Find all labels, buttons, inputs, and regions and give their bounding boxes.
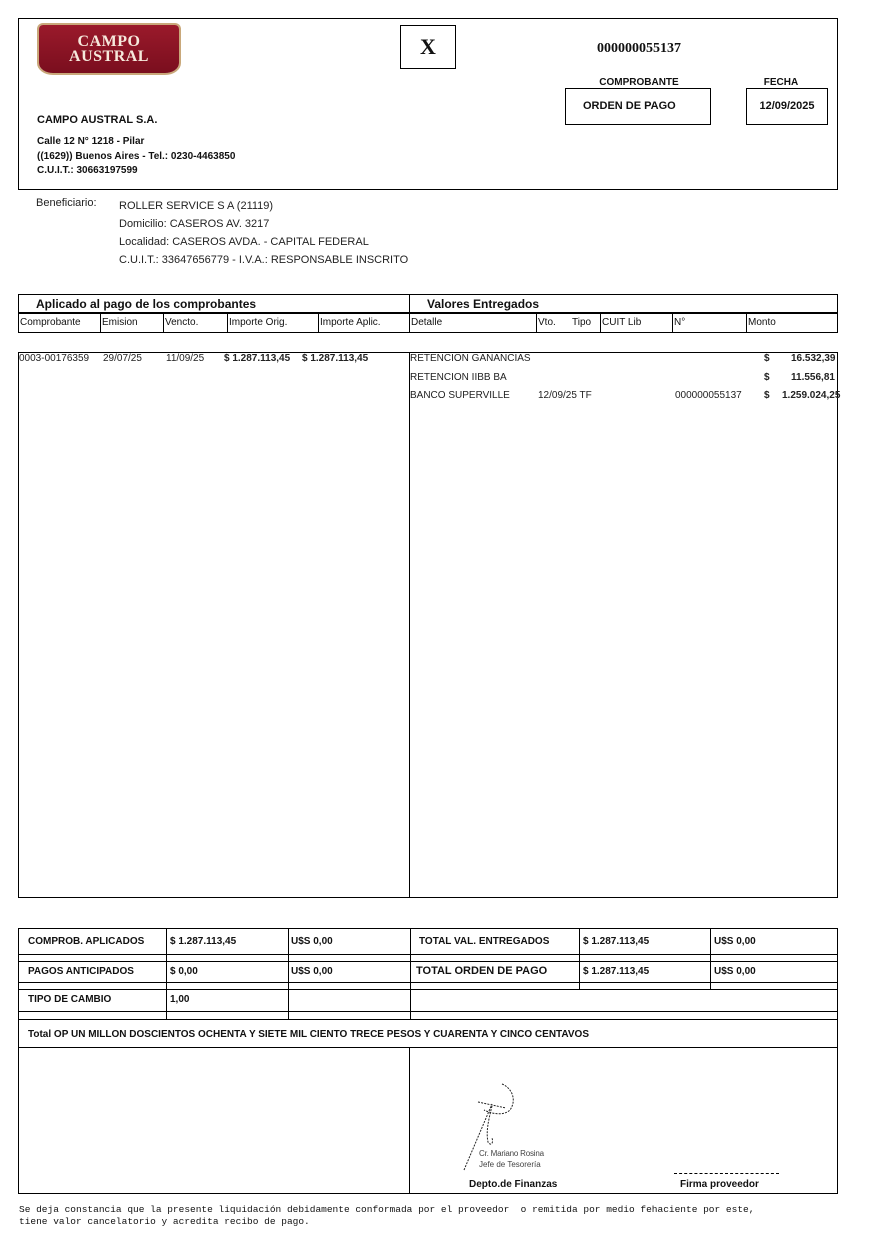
signature-area-left: [18, 1047, 410, 1194]
company-address: Calle 12 N° 1218 - Pilar: [37, 135, 235, 150]
total-val-entregados-label: TOTAL VAL. ENTREGADOS: [419, 936, 549, 947]
comprob-aplicados-label: COMPROB. APLICADOS: [28, 936, 144, 947]
divider: [710, 929, 711, 989]
logo-line2: AUSTRAL: [39, 49, 179, 64]
row-vto-tipo: 12/09/25 TF: [538, 390, 592, 401]
divider: [19, 954, 837, 955]
pagos-anticipados-ars: $ 0,00: [170, 966, 198, 977]
beneficiary-details: ROLLER SERVICE S A (21119) Domicilio: CA…: [119, 197, 408, 269]
row-detalle: RETENCION IIBB BA: [410, 372, 507, 383]
tipo-cambio-value: 1,00: [170, 994, 189, 1005]
row-detalle: RETENCION GANANCIAS: [410, 353, 531, 364]
row-currency: $: [764, 353, 770, 364]
signature-line: [674, 1173, 779, 1174]
row-vencto: 11/09/25: [166, 353, 204, 364]
applied-rows-panel: 0003-00176359 29/07/25 11/09/25 $ 1.287.…: [18, 352, 410, 898]
row-emision: 29/07/25: [103, 353, 142, 364]
comprobante-value: ORDEN DE PAGO: [565, 88, 711, 125]
invoice-letter-box: X: [400, 25, 456, 69]
values-rows-panel: RETENCION GANANCIAS $ 16.532,39 RETENCIO…: [409, 352, 838, 898]
total-orden-ars: $ 1.287.113,45: [583, 966, 649, 977]
col-vencto: Vencto.: [164, 314, 228, 332]
row-monto: 1.259.024,25: [782, 390, 840, 401]
row-currency: $: [764, 390, 770, 401]
row-comprobante: 0003-00176359: [19, 353, 89, 364]
beneficiary-name: ROLLER SERVICE S A (21119): [119, 197, 408, 215]
tipo-cambio-label: TIPO DE CAMBIO: [28, 994, 111, 1005]
comprobante-label: COMPROBANTE: [579, 77, 699, 88]
comprob-aplicados-ars: $ 1.287.113,45: [170, 936, 236, 947]
company-logo: CAMPO AUSTRAL: [39, 25, 179, 73]
row-detalle: BANCO SUPERVILLE: [410, 390, 510, 401]
col-detalle: Detalle: [410, 314, 537, 332]
row-monto: 16.532,39: [791, 353, 836, 364]
logo-line1: CAMPO: [39, 34, 179, 49]
depto-finanzas-label: Depto.de Finanzas: [469, 1179, 557, 1190]
applied-section-title: Aplicado al pago de los comprobantes: [18, 294, 410, 313]
divider: [410, 929, 411, 1020]
divider: [579, 929, 580, 989]
fecha-label: FECHA: [746, 77, 816, 88]
col-tipo: Tipo: [571, 314, 601, 332]
beneficiary-domicilio: Domicilio: CASEROS AV. 3217: [119, 215, 408, 233]
totals-grid: COMPROB. APLICADOS $ 1.287.113,45 U$S 0,…: [18, 928, 838, 1020]
fecha-value: 12/09/2025: [746, 88, 828, 125]
pagos-anticipados-usd: U$S 0,00: [291, 966, 333, 977]
signer-name: Cr. Mariano Rosina: [479, 1149, 544, 1158]
col-cuit-lib: CUIT Lib: [601, 314, 673, 332]
divider: [19, 1011, 837, 1012]
row-importe-aplic: $ 1.287.113,45: [302, 353, 368, 364]
divider: [19, 982, 837, 983]
divider: [166, 929, 167, 1020]
beneficiary-label: Beneficiario:: [36, 197, 97, 209]
total-val-entregados-ars: $ 1.287.113,45: [583, 936, 649, 947]
row-currency: $: [764, 372, 770, 383]
applied-column-headers: Comprobante Emision Vencto. Importe Orig…: [18, 313, 410, 333]
divider: [19, 989, 837, 990]
document-header: CAMPO AUSTRAL X 000000055137 COMPROBANTE…: [18, 18, 838, 190]
total-orden-label: TOTAL ORDEN DE PAGO: [416, 965, 547, 977]
row-monto: 11.556,81: [791, 372, 835, 383]
row-numero: 000000055137: [675, 390, 742, 401]
col-monto: Monto: [747, 314, 837, 332]
col-importe-aplic: Importe Aplic.: [319, 314, 410, 332]
signature-area-right: Cr. Mariano Rosina Jefe de Tesorería Dep…: [409, 1047, 838, 1194]
col-comprobante: Comprobante: [19, 314, 101, 332]
company-details: Calle 12 N° 1218 - Pilar ((1629)) Buenos…: [37, 135, 235, 179]
total-val-entregados-usd: U$S 0,00: [714, 936, 756, 947]
firma-proveedor-label: Firma proveedor: [680, 1179, 759, 1190]
beneficiary-localidad: Localidad: CASEROS AVDA. - CAPITAL FEDER…: [119, 233, 408, 251]
pagos-anticipados-label: PAGOS ANTICIPADOS: [28, 966, 134, 977]
col-emision: Emision: [101, 314, 164, 332]
company-cuit: C.U.I.T.: 30663197599: [37, 164, 235, 179]
beneficiary-cuit-iva: C.U.I.T.: 33647656779 - I.V.A.: RESPONSA…: [119, 251, 408, 269]
divider: [19, 961, 837, 962]
row-importe-orig: $ 1.287.113,45: [224, 353, 290, 364]
comprob-aplicados-usd: U$S 0,00: [291, 936, 333, 947]
footer-note: Se deja constancia que la presente liqui…: [19, 1204, 754, 1228]
company-name: CAMPO AUSTRAL S.A.: [37, 114, 157, 126]
values-column-headers: Detalle Vto. Tipo CUIT Lib N° Monto: [409, 313, 838, 333]
values-section-title: Valores Entregados: [409, 294, 838, 313]
col-numero: N°: [673, 314, 747, 332]
company-city-phone: ((1629)) Buenos Aires - Tel.: 0230-44638…: [37, 150, 235, 165]
signer-title: Jefe de Tesorería: [479, 1160, 541, 1169]
total-orden-usd: U$S 0,00: [714, 966, 756, 977]
document-number: 000000055137: [539, 41, 739, 57]
col-importe-orig: Importe Orig.: [228, 314, 319, 332]
divider: [288, 929, 289, 1020]
amount-in-words: Total OP UN MILLON DOSCIENTOS OCHENTA Y …: [18, 1019, 838, 1048]
